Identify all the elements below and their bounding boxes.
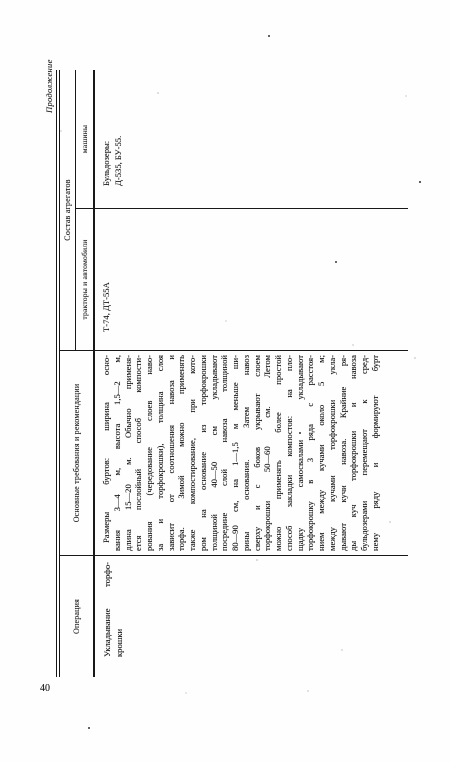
cell-operation: Укладывание торфо-крошки [95, 555, 408, 677]
scanned-page: Продолжение Операция Основные требования… [0, 0, 450, 763]
scan-noise [0, 0, 2, 2]
cell-requirements: Размеры буртов: ширина осно-вания 3—4 м,… [95, 350, 408, 555]
col-header-units-group: Состав агрегатов [60, 70, 76, 350]
col-header-tractors: тракторы и автомобили [76, 208, 95, 350]
cell-tractors: Т-74, ДТ-55А [95, 208, 408, 350]
cell-machines: Бульдозеры:Д-535, БУ-55. [95, 70, 408, 208]
machinery-table: Операция Основные требования и рекоменда… [56, 70, 408, 677]
col-header-requirements: Основные требования и рекомендации [60, 350, 95, 555]
col-header-machines: машины [76, 70, 95, 208]
tractors-value: Т-74, ДТ-55А [101, 282, 111, 332]
col-header-operation: Операция [60, 555, 95, 677]
continuation-note: Продолжение [44, 55, 54, 113]
page-number: 40 [40, 683, 50, 694]
